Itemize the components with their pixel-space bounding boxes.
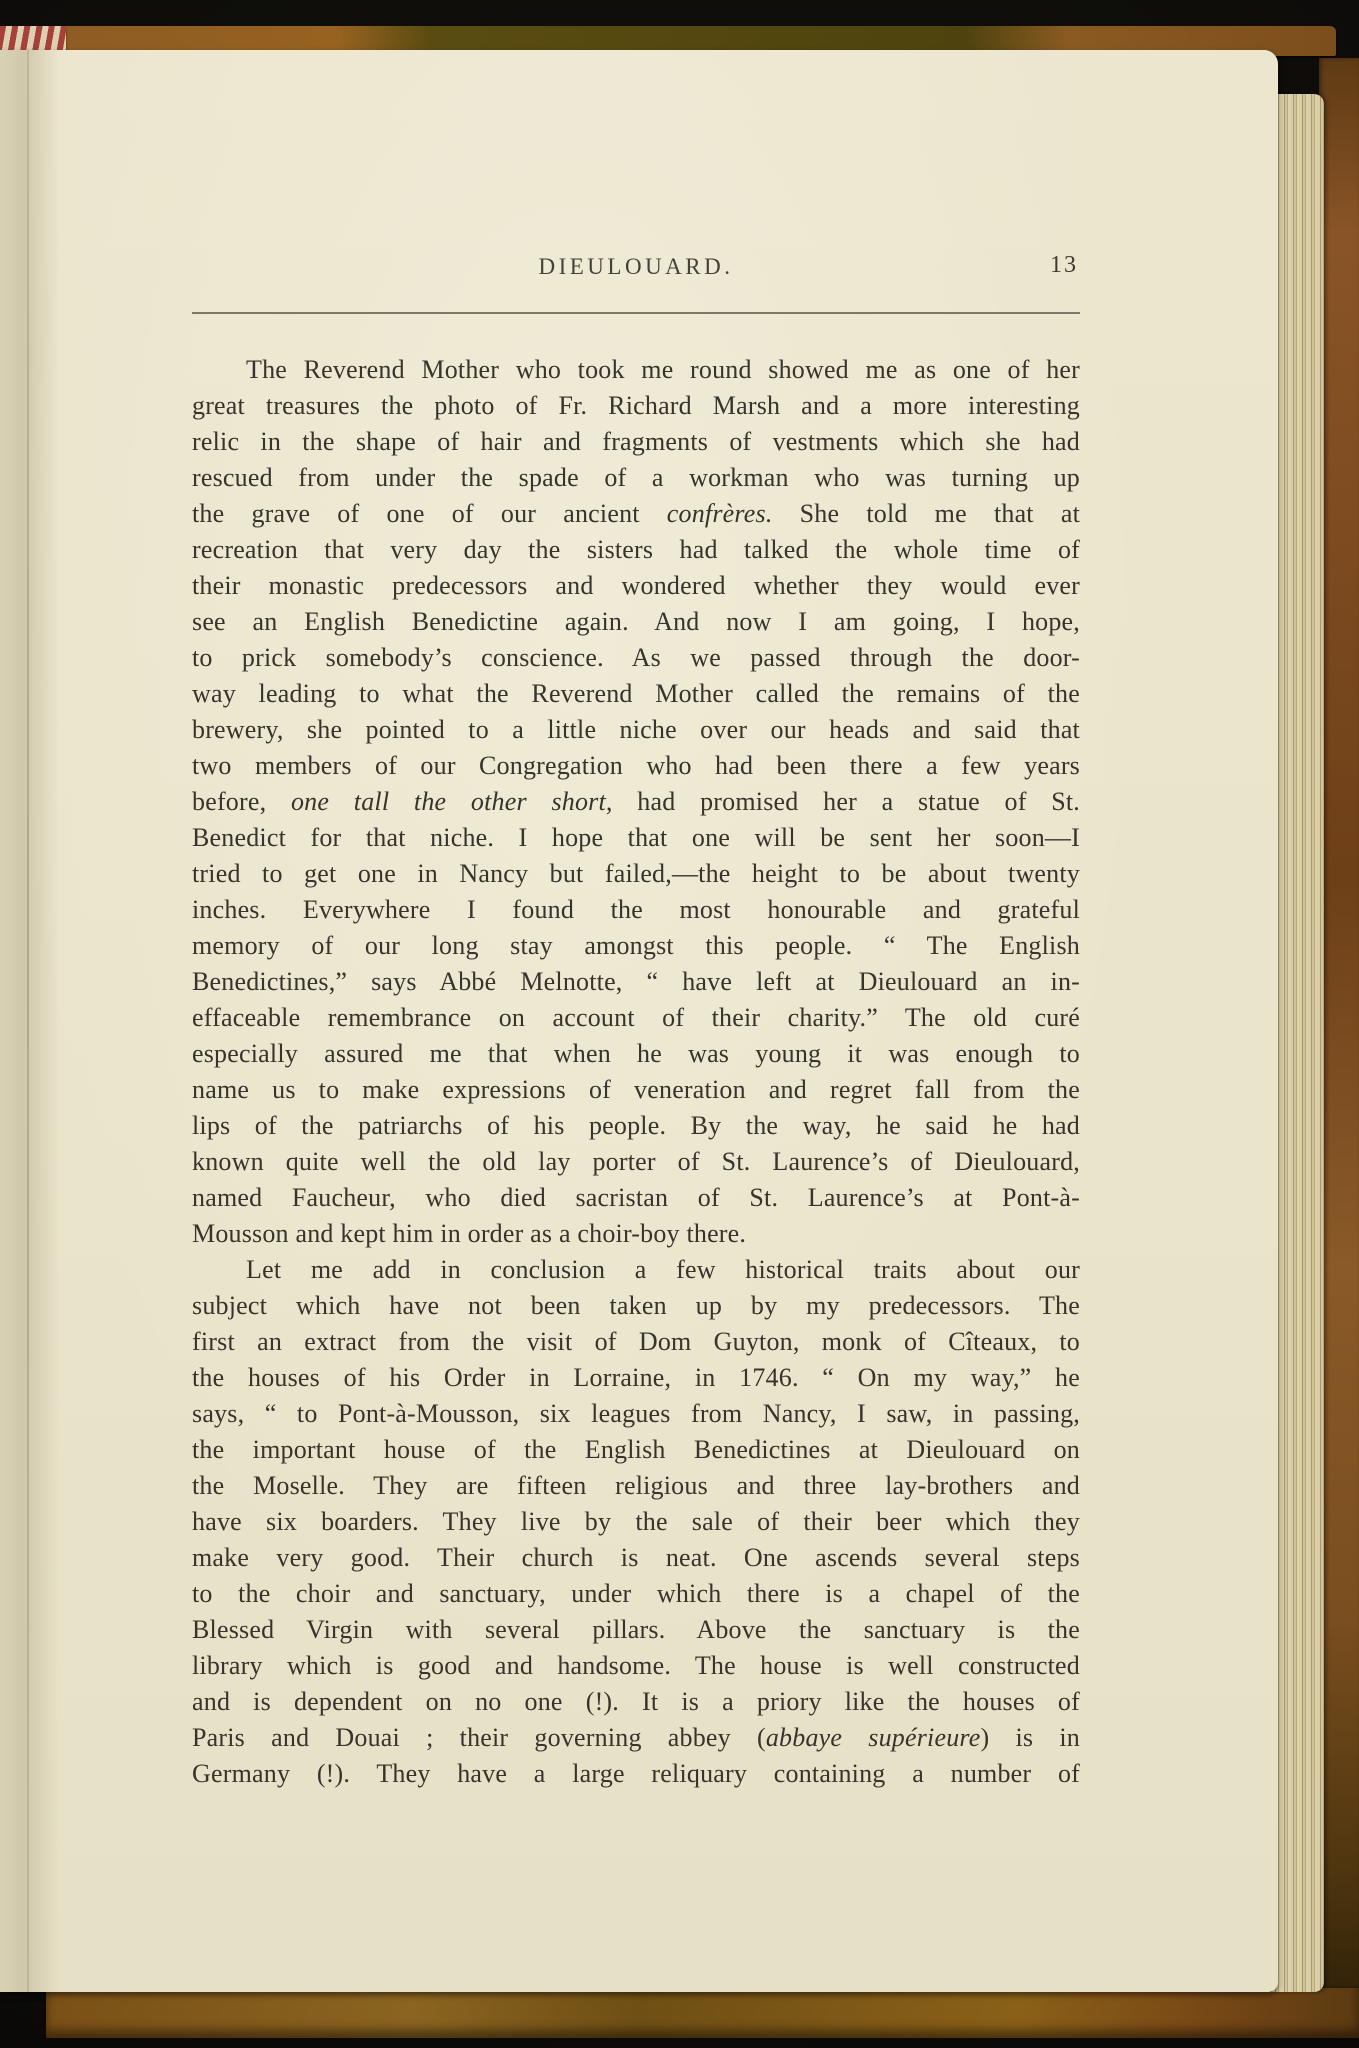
text-line: effaceable remembrance on account of the… (192, 1000, 1080, 1036)
text-line: Paris and Douai ; their governing abbey … (192, 1720, 1080, 1756)
paragraph: Let me add in conclusion a few historica… (192, 1252, 1080, 1792)
text-line: the grave of one of our ancient confrère… (192, 496, 1080, 532)
page-edges-stack (1272, 94, 1324, 1992)
text-line: see an English Benedictine again. And no… (192, 604, 1080, 640)
text-line: before, one tall the other short, had pr… (192, 784, 1080, 820)
book-cover-right-edge (1319, 58, 1359, 2010)
text-line: Benedict for that niche. I hope that one… (192, 820, 1080, 856)
text-line: Blessed Virgin with several pillars. Abo… (192, 1612, 1080, 1648)
text-line: subject which have not been taken up by … (192, 1288, 1080, 1324)
text-line: first an extract from the visit of Dom G… (192, 1324, 1080, 1360)
text-line: brewery, she pointed to a little niche o… (192, 712, 1080, 748)
text-line: the houses of his Order in Lorraine, in … (192, 1360, 1080, 1396)
text-line: great treasures the photo of Fr. Richard… (192, 388, 1080, 424)
text-line: Benedictines,” says Abbé Melnotte, “ hav… (192, 964, 1080, 1000)
text-line: tried to get one in Nancy but failed,—th… (192, 856, 1080, 892)
page-gutter-shadow (0, 50, 60, 1992)
book-cover-bottom-edge (46, 1988, 1359, 2038)
text-line: their monastic predecessors and wondered… (192, 568, 1080, 604)
text-line: two members of our Congregation who had … (192, 748, 1080, 784)
page-content: DIEULOUARD. 13 The Reverend Mother who t… (192, 246, 1080, 282)
text-line: lips of the patriarchs of his people. By… (192, 1108, 1080, 1144)
text-line: the important house of the English Bened… (192, 1432, 1080, 1468)
text-line: and is dependent on no one (!). It is a … (192, 1684, 1080, 1720)
text-line: to prick somebody’s conscience. As we pa… (192, 640, 1080, 676)
paragraph: The Reverend Mother who took me round sh… (192, 352, 1080, 1252)
text-line: to the choir and sanctuary, under which … (192, 1576, 1080, 1612)
text-line: the Moselle. They are fifteen religious … (192, 1468, 1080, 1504)
page-number: 13 (1050, 252, 1078, 279)
text-line: memory of our long stay amongst this peo… (192, 928, 1080, 964)
text-line: Mousson and kept him in order as a choir… (192, 1216, 1080, 1252)
text-line: name us to make expressions of veneratio… (192, 1072, 1080, 1108)
text-line: inches. Everywhere I found the most hono… (192, 892, 1080, 928)
headband-top (0, 26, 66, 52)
text-line: make very good. Their church is neat. On… (192, 1540, 1080, 1576)
page-header: DIEULOUARD. 13 (192, 246, 1080, 282)
text-line: relic in the shape of hair and fragments… (192, 424, 1080, 460)
text-line: rescued from under the spade of a workma… (192, 460, 1080, 496)
page-gutter-crease (27, 50, 29, 1992)
text-line: known quite well the old lay porter of S… (192, 1144, 1080, 1180)
running-header-title: DIEULOUARD. (192, 254, 1080, 280)
text-line: library which is good and handsome. The … (192, 1648, 1080, 1684)
text-line: have six boarders. They live by the sale… (192, 1504, 1080, 1540)
page-body-text: The Reverend Mother who took me round sh… (192, 352, 1080, 1792)
text-line: Let me add in conclusion a few historica… (192, 1252, 1080, 1288)
text-line: recreation that very day the sisters had… (192, 532, 1080, 568)
text-line: way leading to what the Reverend Mother … (192, 676, 1080, 712)
text-line: especially assured me that when he was y… (192, 1036, 1080, 1072)
header-rule (192, 312, 1080, 314)
text-line: named Faucheur, who died sacristan of St… (192, 1180, 1080, 1216)
text-line: Germany (!). They have a large reliquary… (192, 1756, 1080, 1792)
book-page: DIEULOUARD. 13 The Reverend Mother who t… (0, 50, 1278, 1992)
text-line: says, “ to Pont-à-Mousson, six leagues f… (192, 1396, 1080, 1432)
text-line: The Reverend Mother who took me round sh… (192, 352, 1080, 388)
